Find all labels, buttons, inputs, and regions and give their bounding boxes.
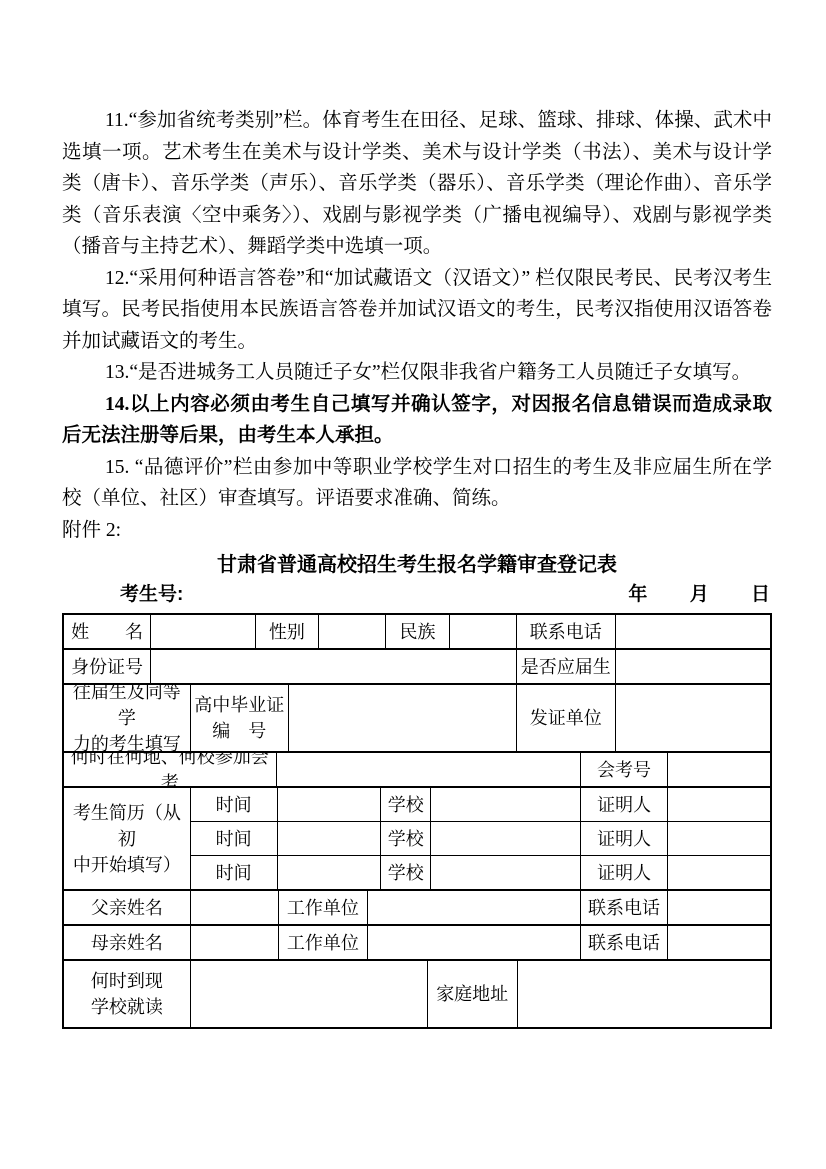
id-number-label: 身份证号 xyxy=(64,650,150,683)
resume-time-blank-cell xyxy=(277,856,381,889)
father-name-blank-cell xyxy=(190,891,278,924)
resume-school-blank-cell xyxy=(430,856,580,889)
diploma-number-label: 高中毕业证 编 号 xyxy=(190,685,288,751)
home-address-blank-cell xyxy=(517,961,770,1027)
table-row-exam: 何时在何地、何校参加会考 会考号 xyxy=(64,751,770,786)
father-phone-blank-cell xyxy=(667,891,770,924)
resume-school-label: 学校 xyxy=(380,788,430,821)
diploma-number-blank-cell xyxy=(288,685,516,751)
fresh-grad-blank-cell xyxy=(615,650,770,683)
id-number-blank-cell xyxy=(150,650,516,683)
table-row-mother: 母亲姓名 工作单位 联系电话 xyxy=(64,924,770,959)
mother-name-label: 母亲姓名 xyxy=(64,926,190,959)
resume-time-label: 时间 xyxy=(191,856,277,889)
resume-school-blank-cell xyxy=(430,788,580,821)
phone-blank-cell xyxy=(615,615,770,648)
resume-school-label: 学校 xyxy=(380,822,430,855)
mother-name-blank-cell xyxy=(190,926,278,959)
resume-row-3: 时间 学校 证明人 xyxy=(191,855,770,889)
resume-time-blank-cell xyxy=(277,822,381,855)
mother-work-label: 工作单位 xyxy=(278,926,367,959)
table-row-resume: 考生简历（从初 中开始填写） 时间 学校 证明人 时间 学校 证明人 xyxy=(64,786,770,889)
resume-witness-blank-cell xyxy=(667,788,770,821)
current-school-label: 何时到现 学校就读 xyxy=(64,961,190,1027)
father-work-label: 工作单位 xyxy=(278,891,367,924)
resume-row-2: 时间 学校 证明人 xyxy=(191,821,770,855)
table-row-current-school: 何时到现 学校就读 家庭地址 xyxy=(64,959,770,1027)
resume-school-blank-cell xyxy=(430,822,580,855)
resume-group-label: 考生简历（从初 中开始填写） xyxy=(64,788,190,889)
registration-form-table: 姓 名 性别 民族 联系电话 身份证号 是否应届生 往届生及同等学 力的考生填写… xyxy=(62,613,772,1029)
attachment-label: 附件 2: xyxy=(62,515,772,547)
exam-number-blank-cell xyxy=(667,753,770,786)
issuer-label: 发证单位 xyxy=(516,685,615,751)
table-row-diploma: 往届生及同等学 力的考生填写 高中毕业证 编 号 发证单位 xyxy=(64,683,770,751)
issuer-blank-cell xyxy=(615,685,770,751)
resume-time-blank-cell xyxy=(277,788,381,821)
date-day-label: 日 xyxy=(751,584,770,605)
sex-label: 性别 xyxy=(255,615,319,648)
former-grad-group-label: 往届生及同等学 力的考生填写 xyxy=(64,685,190,751)
father-work-blank-cell xyxy=(367,891,580,924)
exam-place-label: 何时在何地、何校参加会考 xyxy=(64,753,276,786)
resume-rows-block: 时间 学校 证明人 时间 学校 证明人 时间 xyxy=(190,788,770,889)
date-month-label: 月 xyxy=(690,584,709,605)
form-header: 考生号: 年 月 日 xyxy=(62,580,772,610)
table-row-id: 身份证号 是否应届生 xyxy=(64,648,770,683)
table-row-name: 姓 名 性别 民族 联系电话 xyxy=(64,615,770,648)
resume-witness-label: 证明人 xyxy=(580,856,667,889)
instruction-item-14: 14.以上内容必须由考生自己填写并确认签字，对因报名信息错误而造成录取后无法注册… xyxy=(62,389,772,452)
form-title: 甘肃省普通高校招生考生报名学籍审查登记表 xyxy=(62,550,772,580)
date-year-label: 年 xyxy=(628,584,647,605)
mother-phone-blank-cell xyxy=(667,926,770,959)
resume-witness-label: 证明人 xyxy=(580,822,667,855)
resume-witness-label: 证明人 xyxy=(580,788,667,821)
ethnic-blank-cell xyxy=(449,615,516,648)
ethnic-label: 民族 xyxy=(385,615,449,648)
fresh-grad-label: 是否应届生 xyxy=(516,650,615,683)
instruction-item-15: 15. “品德评价”栏由参加中等职业学校学生对口招生的考生及非应届生所在学校（单… xyxy=(62,452,772,515)
father-phone-label: 联系电话 xyxy=(580,891,667,924)
exam-place-blank-cell xyxy=(276,753,580,786)
sex-blank-cell xyxy=(318,615,385,648)
instructions-section: 11.“参加省统考类别”栏。体育考生在田径、足球、篮球、排球、体操、武术中选填一… xyxy=(62,105,772,546)
table-row-father: 父亲姓名 工作单位 联系电话 xyxy=(64,889,770,924)
instruction-item-11: 11.“参加省统考类别”栏。体育考生在田径、足球、篮球、排球、体操、武术中选填一… xyxy=(62,105,772,263)
resume-witness-blank-cell xyxy=(667,822,770,855)
exam-number-label: 会考号 xyxy=(580,753,667,786)
instruction-item-13: 13.“是否进城务工人员随迁子女”栏仅限非我省户籍务工人员随迁子女填写。 xyxy=(62,357,772,389)
instruction-item-12: 12.“采用何种语言答卷”和“加试藏语文（汉语文）” 栏仅限民考民、民考汉考生填… xyxy=(62,263,772,358)
current-school-blank-cell xyxy=(190,961,427,1027)
phone-label: 联系电话 xyxy=(516,615,615,648)
resume-time-label: 时间 xyxy=(191,822,277,855)
candidate-number-label: 考生号: xyxy=(62,580,183,610)
name-blank-cell xyxy=(150,615,254,648)
resume-witness-blank-cell xyxy=(667,856,770,889)
resume-row-1: 时间 学校 证明人 xyxy=(191,788,770,821)
mother-phone-label: 联系电话 xyxy=(580,926,667,959)
name-label: 姓 名 xyxy=(64,615,150,648)
home-address-label: 家庭地址 xyxy=(427,961,517,1027)
date-fields: 年 月 日 xyxy=(628,580,772,610)
resume-school-label: 学校 xyxy=(380,856,430,889)
resume-time-label: 时间 xyxy=(191,788,277,821)
father-name-label: 父亲姓名 xyxy=(64,891,190,924)
mother-work-blank-cell xyxy=(367,926,580,959)
document-page: 11.“参加省统考类别”栏。体育考生在田径、足球、篮球、排球、体操、武术中选填一… xyxy=(0,0,826,1169)
